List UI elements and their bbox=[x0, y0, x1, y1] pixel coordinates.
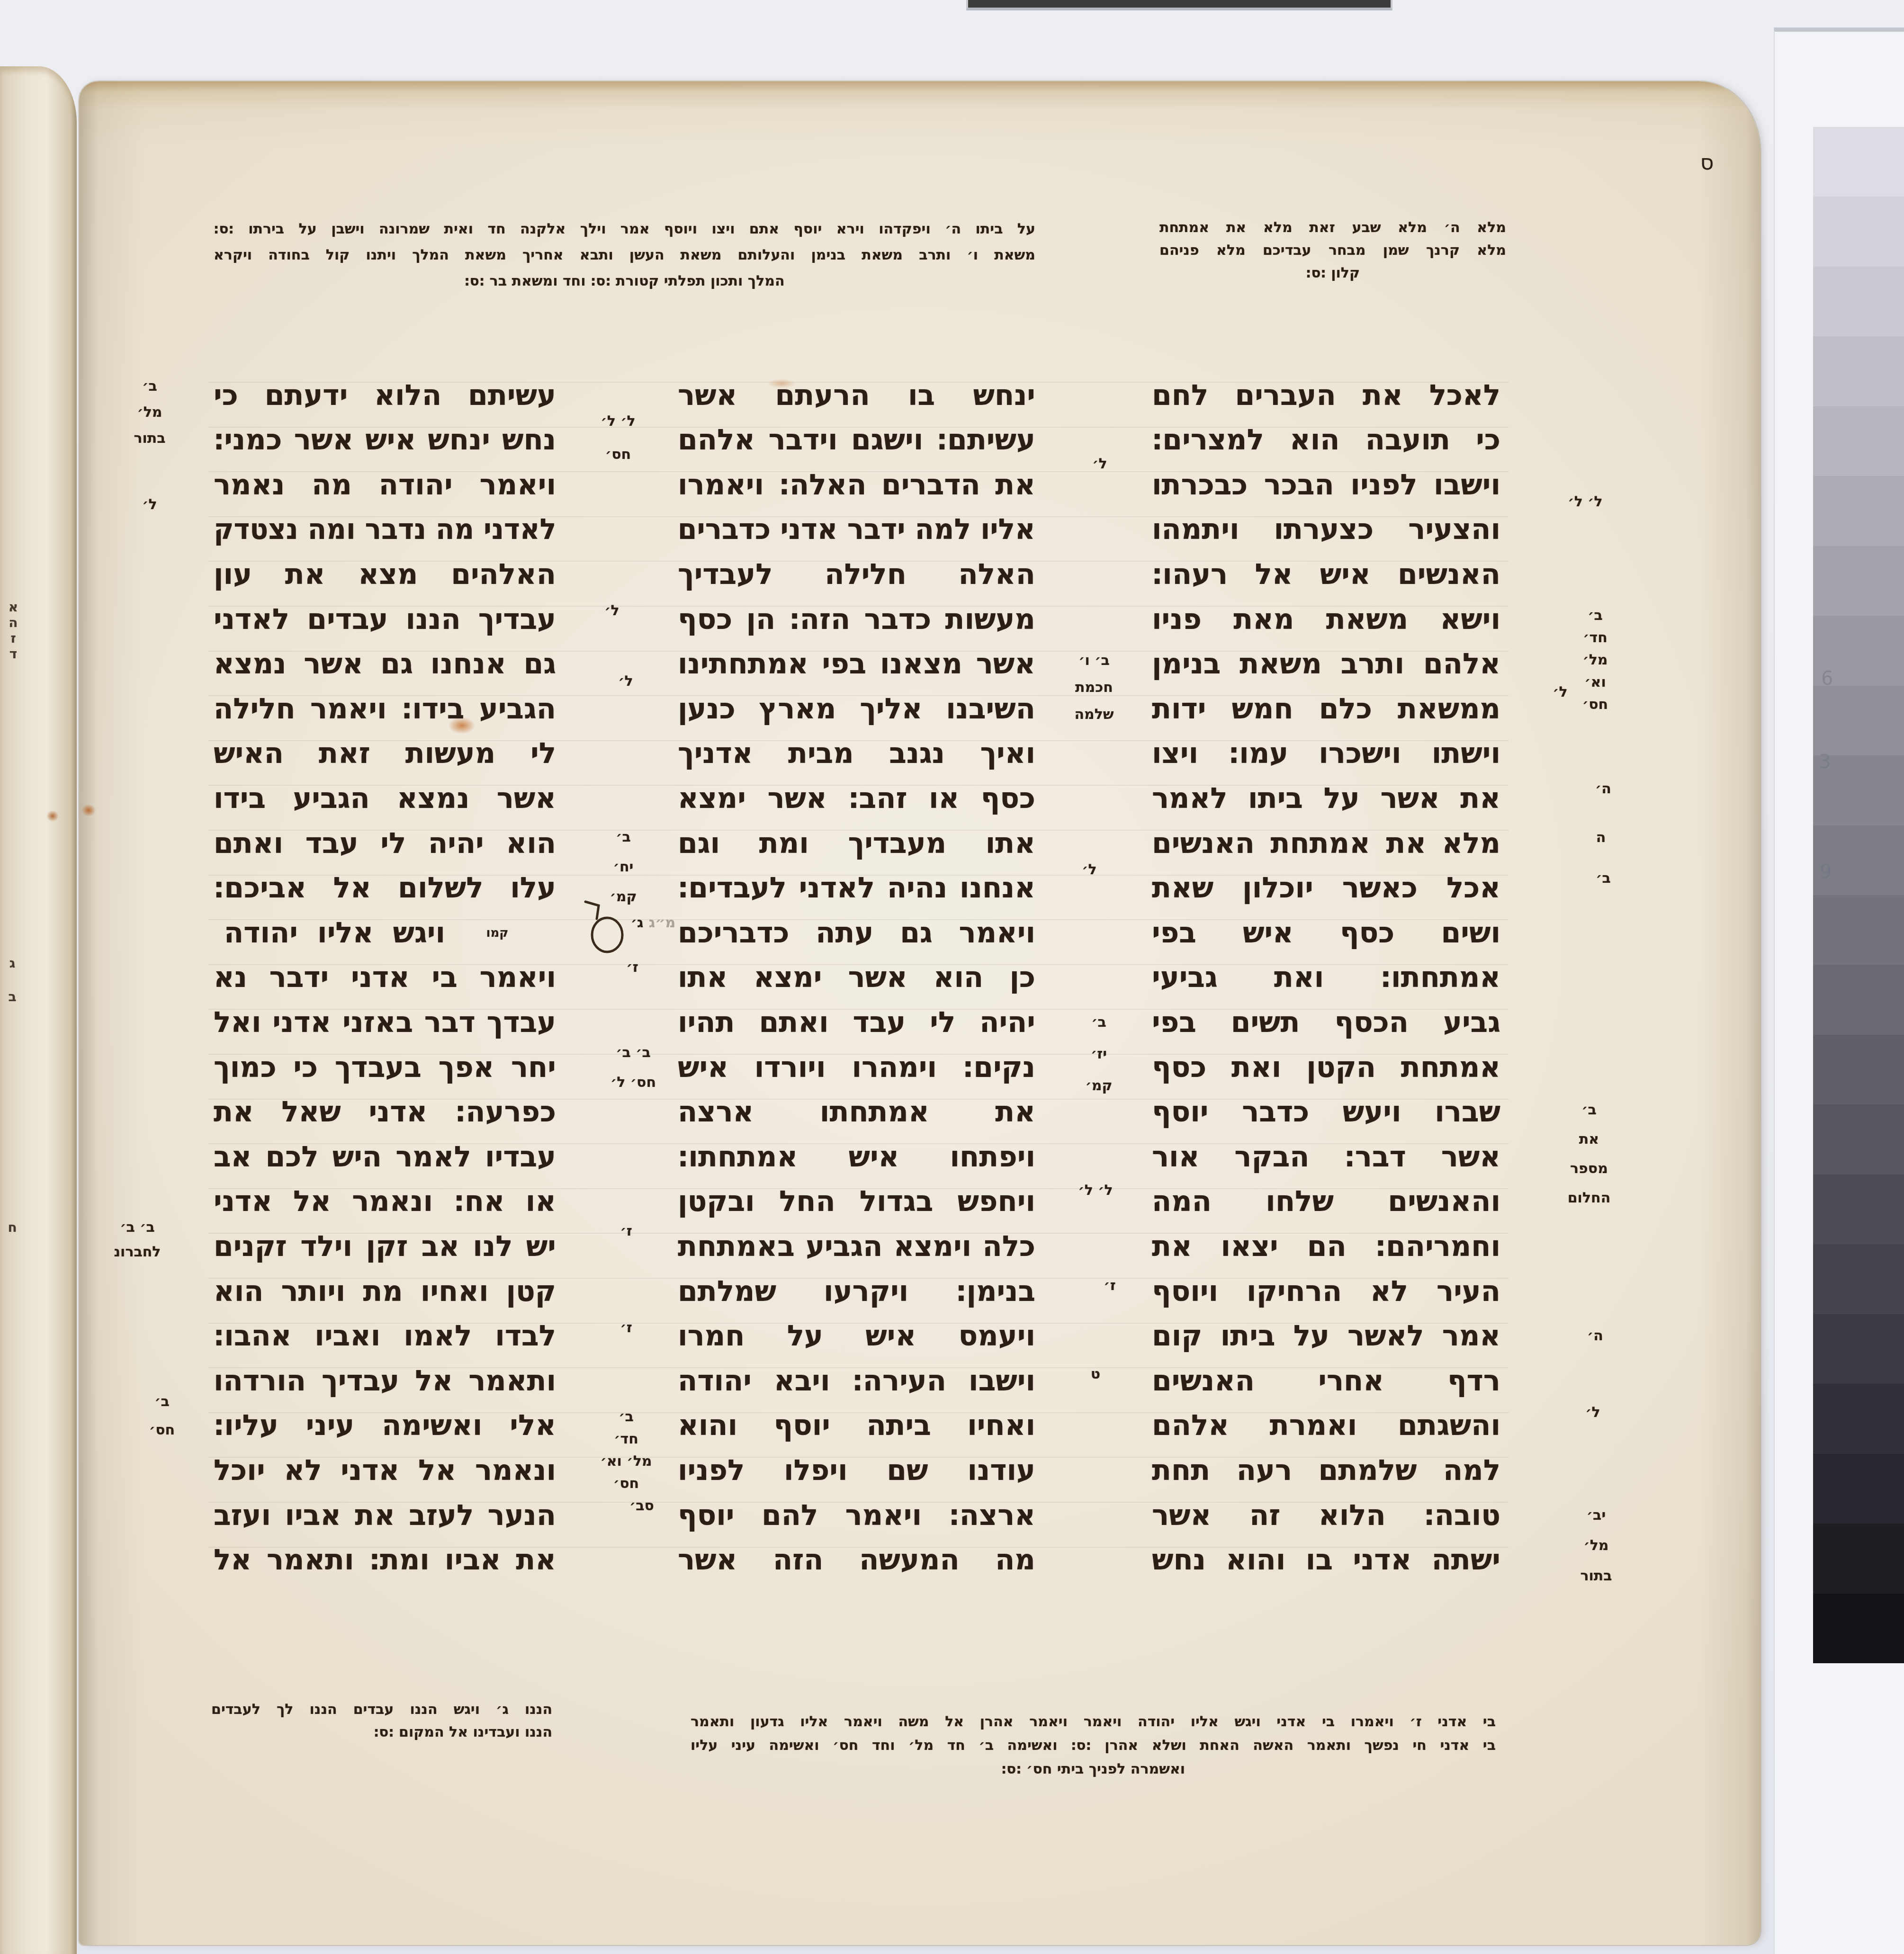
masorah-line: הננו ג׳ ויגש הננו עבדים הננו לך לעבדים bbox=[211, 1698, 552, 1721]
note-line: ל׳ ל׳ bbox=[1078, 1179, 1113, 1201]
text-line: והשגתם ואמרת אלהם bbox=[1152, 1403, 1500, 1448]
text-line: יהיה לי עבד ואתם תהיו bbox=[678, 1000, 1035, 1045]
masorah-line: משאת ו׳ ותרב משאת בנימן והעלותם משאת העש… bbox=[214, 242, 1035, 268]
note-line: ב׳ bbox=[1582, 604, 1608, 627]
text-line: אמר לאשר על ביתו קום bbox=[1152, 1314, 1500, 1359]
fragment-line: ד bbox=[9, 646, 18, 662]
text-line: כי תועבה הוא למצרים׃ bbox=[1152, 418, 1500, 463]
masorah-line: על ביתו ה׳ ויפקדהו וירא יוסף אתם ויצו וי… bbox=[214, 216, 1035, 242]
pencil-mark: 9 bbox=[1820, 861, 1832, 883]
gray-patch bbox=[1813, 686, 1904, 755]
facing-page-edge bbox=[0, 66, 77, 1954]
text-line: כלה וימצא הגביע באמתחת bbox=[678, 1224, 1035, 1269]
gray-patch bbox=[1813, 476, 1904, 546]
text-line: וישבו העירה׃ ויבא יהודה bbox=[678, 1359, 1035, 1404]
note-line: מל׳ bbox=[1580, 1531, 1612, 1561]
text-line: השיבנו אליך מארץ כנען bbox=[678, 687, 1035, 732]
masorah-parva-note: ב׳ bbox=[1596, 867, 1611, 889]
masorah-line: בי אדני חי נפשך ותאמר האשה האחת ושלא אהר… bbox=[691, 1734, 1496, 1757]
seder-circle-icon bbox=[583, 894, 628, 958]
note-line: חס׳ bbox=[149, 1416, 175, 1444]
note-line: חס׳ bbox=[1582, 693, 1608, 716]
gray-patch bbox=[1813, 1104, 1904, 1174]
faded-note: מ״ג bbox=[649, 912, 675, 934]
text-line: לי מעשות זאת האיש bbox=[214, 731, 556, 776]
text-line: אלהם ותרב משאת בנימן bbox=[1152, 642, 1500, 687]
masorah-parva-note: ז׳ bbox=[620, 1317, 632, 1339]
note-line: ז׳ bbox=[620, 1220, 632, 1242]
text-column-right: לאכל את העברים לחם כי תועבה הוא למצרים׃ … bbox=[1152, 373, 1500, 1583]
note-line: חד׳ bbox=[600, 1428, 652, 1450]
note-line: חס׳ ל׳ bbox=[611, 1067, 656, 1097]
note-line: ל׳ bbox=[618, 670, 633, 692]
text-line: ויאמר יהודה מה נאמר bbox=[214, 463, 556, 508]
text-line: בנימן׃ ויקרעו שמלתם bbox=[678, 1269, 1035, 1314]
masorah-parva-note: ב׳ חד׳ מל׳ וא׳ חס׳ bbox=[1582, 604, 1608, 716]
text-line: והצעיר כצערתו ויתמהו bbox=[1152, 507, 1500, 552]
folio-mark: ס bbox=[1700, 151, 1714, 175]
text-line: ואיך נגנב מבית אדניך bbox=[678, 731, 1035, 776]
text-line: לבדו לאמו ואביו אהבו׃ bbox=[214, 1314, 556, 1359]
gray-patch bbox=[1813, 1454, 1904, 1524]
gray-patch bbox=[1813, 895, 1904, 965]
note-line: ב׳ bbox=[600, 1406, 652, 1428]
note-line: ב׳ bbox=[134, 373, 165, 399]
note-line: וא׳ bbox=[1582, 671, 1608, 693]
masorah-parva-note: ב׳ את מספר החלום bbox=[1568, 1095, 1611, 1213]
masorah-line: מלא ה׳ מלא שבע זאת מלא את אמתחת bbox=[1159, 216, 1506, 239]
gray-patch bbox=[1813, 1524, 1904, 1593]
text-line: את אמתחתו ארצה bbox=[678, 1090, 1035, 1135]
masorah-parva-note: ל׳ bbox=[1082, 859, 1096, 881]
text-line: את אביו ומת׃ ותאמר אל bbox=[214, 1538, 556, 1583]
note-line: מל׳ bbox=[134, 399, 165, 425]
note-line: מל׳ וא׳ bbox=[600, 1450, 652, 1472]
gray-patch bbox=[1813, 267, 1904, 336]
text-line: טובה׃ הלוא זה אשר bbox=[1152, 1493, 1500, 1538]
text-line: אלי ואשימה עיני עליו׃ bbox=[214, 1403, 556, 1448]
section-break-line: ויגש אליו יהודה bbox=[224, 911, 445, 956]
note-line: ב׳ bbox=[1085, 1006, 1112, 1038]
text-line: ויאמר גם עתה כדבריכם bbox=[678, 911, 1035, 956]
masorah-line: קלון ׃ס׃ bbox=[1306, 262, 1360, 285]
text-line: עבדיך הננו עבדים לאדני bbox=[214, 597, 556, 642]
text-line: אליו למה ידבר אדני כדברים bbox=[678, 507, 1035, 552]
masorah-parva-note: ב׳ ו׳ חכמת שלמה bbox=[1074, 647, 1114, 728]
masorah-magna-bottom-right: בי אדני ז׳ ויאמרו בי אדני ויגש אליו יהוד… bbox=[691, 1710, 1496, 1781]
text-line: אשר דבר׃ הבקר אור bbox=[1152, 1135, 1500, 1180]
masorah-parva-note: ב׳ ב׳ חס׳ ל׳ bbox=[611, 1038, 656, 1097]
text-line: נחש ינחש איש אשר כמני׃ bbox=[214, 418, 556, 463]
masorah-magna-top-right: מלא ה׳ מלא שבע זאת מלא את אמתחת מלא קרנך… bbox=[1159, 216, 1506, 285]
masorah-line: בי אדני ז׳ ויאמרו בי אדני ויגש אליו יהוד… bbox=[691, 1710, 1496, 1734]
text-line: והאנשים שלחו המה bbox=[1152, 1179, 1500, 1224]
text-line: האנשים איש אל רעהו׃ bbox=[1152, 552, 1500, 597]
text-line: העיר לא הרחיקו ויוסף bbox=[1152, 1269, 1500, 1314]
masorah-line: הננו ועבדינו אל המקום ׃ס׃ bbox=[374, 1721, 552, 1744]
text-line: אמתחת הקטן ואת כסף bbox=[1152, 1045, 1500, 1090]
gray-patch bbox=[1813, 1174, 1904, 1244]
fragment-line: ז bbox=[9, 630, 18, 646]
text-line: כפרעה׃ אדני שאל את bbox=[214, 1090, 556, 1135]
text-line: כן הוא אשר ימצא אתו bbox=[678, 955, 1035, 1000]
note-line: ז׳ bbox=[1104, 1274, 1115, 1297]
text-line: ואחיו ביתה יוסף והוא bbox=[678, 1403, 1035, 1448]
note-line: קמ׳ bbox=[1085, 1070, 1112, 1102]
text-line: או אח׃ ונאמר אל אדני bbox=[214, 1179, 556, 1224]
gray-patch bbox=[1813, 1594, 1904, 1663]
text-line: עודנו שם ויפלו לפניו bbox=[678, 1448, 1035, 1493]
text-line: גביע הכסף תשים בפי bbox=[1152, 1000, 1500, 1045]
grayscale-calibration-strip bbox=[1813, 127, 1904, 1663]
masorah-parva-note: ב׳ ב׳ לחברונ bbox=[114, 1215, 161, 1264]
masorah-parva-note: ל׳ bbox=[1585, 1401, 1600, 1424]
text-line: מה המעשה הזה אשר bbox=[678, 1538, 1035, 1583]
text-line: גם אנחנו גם אשר נמצא bbox=[214, 642, 556, 687]
fragment-line: ה bbox=[9, 615, 18, 630]
note-line: ה׳ bbox=[1587, 1325, 1603, 1347]
text-line: וישבו לפניו הבכר כבכרתו bbox=[1152, 463, 1500, 508]
note-line: ב׳ ב׳ bbox=[114, 1215, 161, 1240]
text-line: ויאמר בי אדני ידבר נא bbox=[214, 955, 556, 1000]
text-column-left: עשיתם הלוא ידעתם כי נחש ינחש איש אשר כמנ… bbox=[214, 373, 556, 1583]
text-line: נקים׃ וימהרו ויורדו איש bbox=[678, 1045, 1035, 1090]
gray-patch bbox=[1813, 1384, 1904, 1453]
text-line: הנער לעזב את אביו ועזב bbox=[214, 1493, 556, 1538]
fragment-line: ח bbox=[8, 1218, 17, 1237]
note-line: ל׳ ל׳ bbox=[601, 405, 635, 438]
text-line: אמתחתו׃ ואת גביעי bbox=[1152, 955, 1500, 1000]
text-line: עשיתם הלוא ידעתם כי bbox=[214, 373, 556, 418]
note-line: ל׳ bbox=[604, 600, 619, 622]
text-line: הוא יהיה לי עבד ואתם bbox=[214, 821, 556, 866]
note-line: ל׳ bbox=[1082, 859, 1096, 881]
masorah-parva-note: ל׳ ל׳ חס׳ bbox=[601, 405, 635, 471]
note-line: ה׳ bbox=[1595, 778, 1611, 800]
gray-patch bbox=[1813, 546, 1904, 616]
note-line: ב׳ bbox=[149, 1388, 175, 1416]
text-line: ונאמר אל אדני לא יוכל bbox=[214, 1448, 556, 1493]
note-line: יח׳ bbox=[610, 852, 637, 882]
text-line: עשיתם׃ וישגם וידבר אלהם bbox=[678, 418, 1035, 463]
text-line: קטן ואחיו מת ויותר הוא bbox=[214, 1269, 556, 1314]
facing-page-fragment: ב bbox=[8, 987, 16, 1006]
note-line: ט bbox=[1091, 1363, 1100, 1385]
text-line: את הדברים האלה׃ ויאמרו bbox=[678, 463, 1035, 508]
note-line: סב׳ bbox=[629, 1495, 654, 1517]
text-line: ישתה אדני בו והוא נחש bbox=[1152, 1538, 1500, 1583]
text-line: ושים כסף איש בפי bbox=[1152, 911, 1500, 956]
pencil-mark: 6 bbox=[1821, 668, 1833, 690]
masorah-line: מלא קרנך שמן מבחר עבדיכם מלא פניהם bbox=[1159, 239, 1506, 262]
text-line: יחר אפך בעבדך כי כמוך bbox=[214, 1045, 556, 1090]
top-photo-strip bbox=[966, 0, 1392, 10]
note-line: ב׳ ב׳ bbox=[611, 1038, 656, 1067]
masorah-parva-note: סב׳ bbox=[629, 1495, 654, 1517]
section-note: קמו bbox=[486, 923, 509, 942]
gray-patch bbox=[1813, 965, 1904, 1034]
note-line: את bbox=[1568, 1125, 1611, 1154]
stain bbox=[81, 804, 96, 816]
masorah-parva-note: ז׳ bbox=[1104, 1274, 1115, 1297]
note-line: לחברונ bbox=[114, 1240, 161, 1264]
text-line: לאדני מה נדבר ומה נצטדק bbox=[214, 507, 556, 552]
text-column-middle: ינחש בו הרעתם אשר עשיתם׃ וישגם וידבר אלה… bbox=[678, 373, 1035, 1583]
masorah-parva-note: ל׳ bbox=[1553, 681, 1567, 703]
masorah-parva-note: יב׳ מל׳ בתור bbox=[1580, 1500, 1612, 1591]
text-line: האלה חלילה לעבדיך bbox=[678, 552, 1035, 597]
text-line: אשר נמצא הגביע בידו bbox=[214, 776, 556, 821]
masorah-parva-note: ל׳ bbox=[1092, 453, 1107, 475]
masorah-parva-note: ב׳ מל׳ בתור bbox=[134, 373, 165, 451]
gray-patch bbox=[1813, 406, 1904, 476]
note-line: מספר bbox=[1568, 1154, 1611, 1183]
masorah-parva-note: ט bbox=[1091, 1363, 1100, 1385]
note-line: מל׳ bbox=[1582, 649, 1608, 671]
pencil-mark: 3 bbox=[1819, 751, 1831, 773]
masorah-parva-note: ה׳ bbox=[1587, 1325, 1603, 1347]
text-line: עבדך דבר באזני אדני ואל bbox=[214, 1000, 556, 1045]
note-line: בתור bbox=[134, 425, 165, 451]
masorah-parva-note: ל׳ bbox=[604, 600, 619, 622]
masorah-parva-note: ב׳ חד׳ מל׳ וא׳ חס׳ bbox=[600, 1406, 652, 1495]
note-line: ל׳ bbox=[142, 493, 157, 516]
text-line: ותאמר אל עבדיך הורדהו bbox=[214, 1359, 556, 1404]
text-line: שברו ויעש כדבר יוסף bbox=[1152, 1090, 1500, 1135]
facing-page-fragment: ג bbox=[9, 954, 16, 973]
note-line: מ״ג bbox=[649, 912, 675, 934]
gray-patch bbox=[1813, 336, 1904, 406]
note-line: חס׳ bbox=[601, 438, 635, 471]
text-line: ויחפש בגדול החל ובקטן bbox=[678, 1179, 1035, 1224]
text-line: רדף אחרי האנשים bbox=[1152, 1359, 1500, 1404]
note-line: ז׳ bbox=[620, 1317, 632, 1339]
note-line: חס׳ bbox=[600, 1472, 652, 1495]
masorah-parva-note: ב׳ חס׳ bbox=[149, 1388, 175, 1444]
note-line: ז׳ bbox=[626, 956, 638, 978]
masorah-magna-bottom-left: הננו ג׳ ויגש הננו עבדים הננו לך לעבדים ה… bbox=[211, 1698, 552, 1744]
masorah-parva-note: ג׳ bbox=[631, 912, 644, 934]
text-line: מלא את אמתחת האנשים bbox=[1152, 821, 1500, 866]
text-line: ויגש אליו יהודה bbox=[224, 911, 445, 956]
text-line: הגביע בידו׃ ויאמר חלילה bbox=[214, 687, 556, 732]
note-line: ל׳ bbox=[1092, 453, 1107, 475]
text-line: ממשאת כלם חמש ידות bbox=[1152, 687, 1500, 732]
text-line: וישתו וישכרו עמו׃ ויצו bbox=[1152, 731, 1500, 776]
note-line: ה bbox=[1596, 826, 1606, 849]
masorah-parva-note: ז׳ bbox=[626, 956, 638, 978]
text-line: אתו מעבדיך ומת וגם bbox=[678, 821, 1035, 866]
fragment-line: א bbox=[9, 599, 18, 615]
masorah-line: המלך ותכון תפלתי קטורת ׃ס׃ וחד ומשאת בר … bbox=[464, 268, 784, 294]
text-line: ויפתחו איש אמתחתו׃ bbox=[678, 1135, 1035, 1180]
text-line: עבדיו לאמר היש לכם אב bbox=[214, 1135, 556, 1180]
masorah-parva-note: ל׳ ל׳ bbox=[1078, 1179, 1113, 1201]
text-line: לאכל את העברים לחם bbox=[1152, 373, 1500, 418]
masorah-parva-note: ב׳ יז׳ קמ׳ bbox=[1085, 1006, 1112, 1102]
text-line: ארצה׃ ויאמר להם יוסף bbox=[678, 1493, 1035, 1538]
gray-patch bbox=[1813, 825, 1904, 895]
text-line: וישא משאת מאת פניו bbox=[1152, 597, 1500, 642]
fragment-line: ג bbox=[9, 954, 16, 973]
masorah-line: ואשמרה לפניך ביתי חס׳ ׃ס׃ bbox=[1001, 1757, 1185, 1781]
masorah-parva-note: ז׳ bbox=[620, 1220, 632, 1242]
note-line: ל׳ bbox=[1553, 681, 1567, 703]
masorah-parva-note: ל׳ ל׳ bbox=[1568, 491, 1602, 513]
stain bbox=[46, 810, 59, 822]
text-line: האלהים מצא את עון bbox=[214, 552, 556, 597]
text-line: את אשר על ביתו לאמר bbox=[1152, 776, 1500, 821]
masorah-parva-note: ה׳ bbox=[1595, 778, 1611, 800]
note-line: חד׳ bbox=[1582, 627, 1608, 649]
note-line: חכמת bbox=[1074, 674, 1114, 701]
gray-patch bbox=[1813, 127, 1904, 197]
text-line: יש לנו אב זקן וילד זקנים bbox=[214, 1224, 556, 1269]
facing-page-fragment: א ה ז ד bbox=[9, 599, 18, 662]
note-line: ב׳ bbox=[1568, 1095, 1611, 1125]
note-line: ג׳ bbox=[631, 912, 644, 934]
note-line: ב׳ ו׳ bbox=[1074, 647, 1114, 674]
masorah-parva-note: ה bbox=[1596, 826, 1606, 849]
text-line: מעשות כדבר הזה׃ הן כסף bbox=[678, 597, 1035, 642]
text-line: למה שלמתם רעה תחת bbox=[1152, 1448, 1500, 1493]
text-line: כסף או זהב׃ אשר ימצא bbox=[678, 776, 1035, 821]
text-line: אכל כאשר יוכלון שאת bbox=[1152, 866, 1500, 911]
note-line: ב׳ bbox=[1596, 867, 1611, 889]
note-line: יז׳ bbox=[1085, 1038, 1112, 1070]
text-line: ינחש בו הרעתם אשר bbox=[678, 373, 1035, 418]
note-line: ב׳ bbox=[610, 822, 637, 852]
masorah-parva-note: ל׳ bbox=[618, 670, 633, 692]
text-line: עלו לשלום אל אביכם׃ bbox=[214, 866, 556, 911]
gray-patch bbox=[1813, 197, 1904, 266]
facing-page-fragment: ח bbox=[8, 1218, 17, 1237]
text-line: אנחנו נהיה לאדני לעבדים׃ bbox=[678, 866, 1035, 911]
gray-patch bbox=[1813, 1314, 1904, 1384]
text-line: אשר מצאנו בפי אמתחתינו bbox=[678, 642, 1035, 687]
note-line: ל׳ bbox=[1585, 1401, 1600, 1424]
gray-patch bbox=[1813, 1035, 1904, 1104]
text-line: וחמריהם׃ הם יצאו את bbox=[1152, 1224, 1500, 1269]
note-line: בתור bbox=[1580, 1561, 1612, 1591]
gray-patch bbox=[1813, 1244, 1904, 1314]
fragment-line: ב bbox=[8, 987, 16, 1006]
note-line: יב׳ bbox=[1580, 1500, 1612, 1531]
note-line: שלמה bbox=[1074, 701, 1114, 728]
text-line: ויעמס איש על חמרו bbox=[678, 1314, 1035, 1359]
note-line: החלום bbox=[1568, 1183, 1611, 1213]
note-line: ל׳ ל׳ bbox=[1568, 491, 1602, 513]
masorah-magna-top-left: על ביתו ה׳ ויפקדהו וירא יוסף אתם ויצו וי… bbox=[214, 216, 1035, 294]
masorah-parva-note: ל׳ bbox=[142, 493, 157, 516]
